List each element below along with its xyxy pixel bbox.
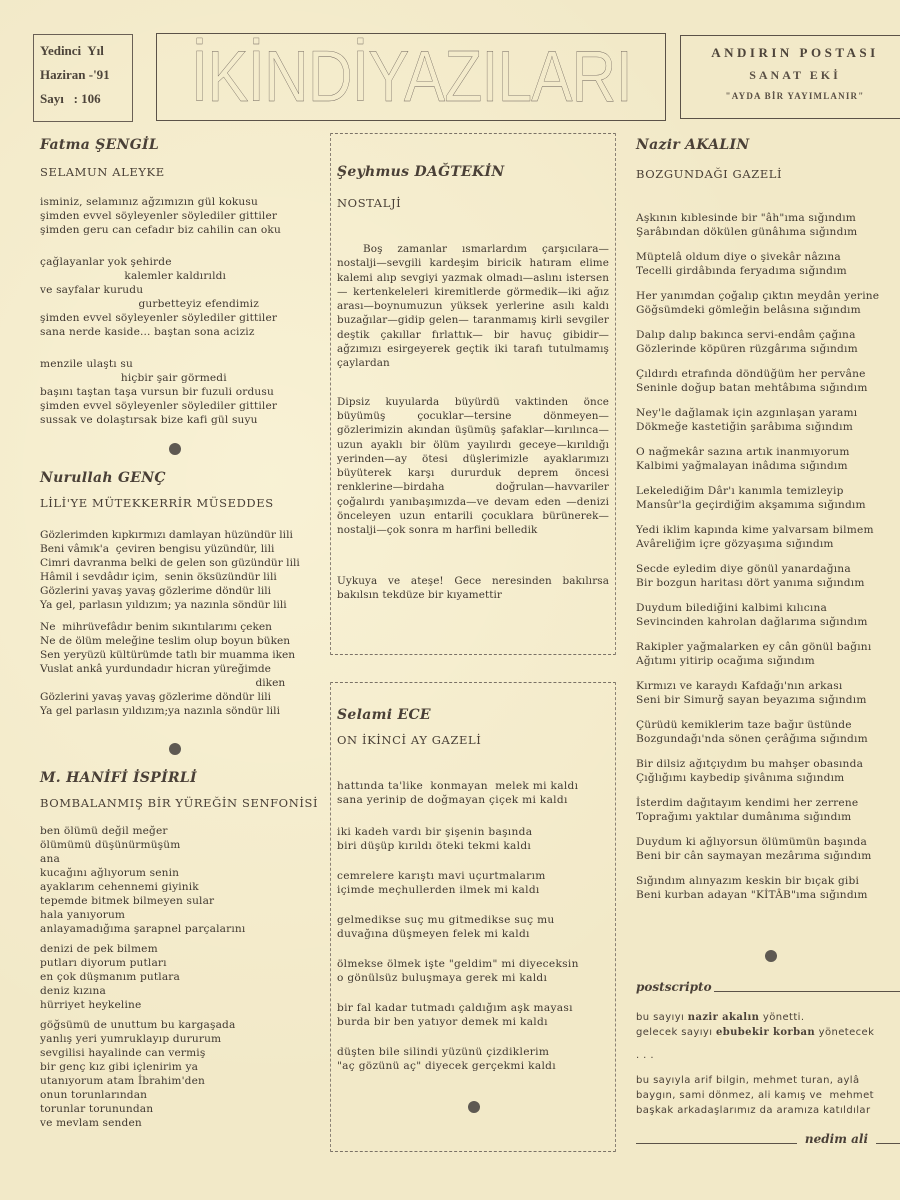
poem-title: LİLİ'YE MÜTEKKERRİR MÜSEDDES: [40, 496, 325, 510]
issue-year: Yedinci Yıl: [40, 41, 132, 65]
poem-title: BOMBALANMIŞ BİR YÜREĞİN SENFONİSİ: [40, 796, 325, 810]
poem-stanza: Dalıp dalıp bakınca servi-endâm çağına G…: [636, 328, 900, 356]
poem-stanza: Secde eyledim diye gönül yanardağına Bir…: [636, 562, 900, 590]
poem-stanza: menzile ulaştı su hiçbir şair görmedi ba…: [40, 357, 320, 427]
poem-stanza: Gözlerimden kıpkırmızı damlayan hüzündür…: [40, 528, 325, 612]
poem-stanza: Çürüdü kemiklerim taze bağır üstünde Boz…: [636, 718, 900, 746]
postscript-note: bu sayıyla arif bilgin, mehmet turan, ay…: [636, 1073, 900, 1118]
separator-dot-icon: [765, 950, 777, 962]
postscript-separator: . . .: [636, 1048, 900, 1063]
poem-stanza: Sığındım alınyazım keskin bir bıçak gibi…: [636, 874, 900, 902]
signature-rule: [876, 1143, 900, 1144]
poem-stanzas: Aşkının kıblesinde bir "âh"ıma sığındım …: [636, 211, 900, 902]
poem-stanza: Duydum ki ağlıyorsun ölümümün başında Be…: [636, 835, 900, 863]
poem-bozgundagi: Nazir AKALIN BOZGUNDAĞI GAZELİ Aşkının k…: [636, 137, 900, 913]
poem-stanza: cemrelere karıştı mavi uçurtmalarım içim…: [337, 869, 611, 897]
poem-stanza: düşten bile silindi yüzünü çizdiklerim "…: [337, 1045, 611, 1073]
poem-author: Nurullah GENÇ: [40, 470, 325, 486]
supplement-label: SANAT EKİ: [681, 68, 900, 83]
poem-stanza: isminiz, selamınız ağzımızın gül kokusu …: [40, 195, 320, 237]
poem-stanza: bir fal kadar tutmadı çaldığım aşk mayas…: [337, 1001, 611, 1029]
poem-stanza: Aşkının kıblesinde bir "âh"ıma sığındım …: [636, 211, 900, 239]
publication-frequency: "AYDA BİR YAYIMLANIR": [681, 91, 900, 101]
poem-bombalanmis: M. HANİFİ İSPİRLİ BOMBALANMIŞ BİR YÜREĞİ…: [40, 770, 325, 1144]
poem-stanza: Lekelediğim Dâr'ı kanımla temizleyip Man…: [636, 484, 900, 512]
signature-rule: [636, 1143, 797, 1144]
piece-author: Selami ECE: [337, 707, 611, 723]
poem-stanza: gelmedikse suç mu gitmedikse suç mu duva…: [337, 913, 611, 941]
poem-stanza: Ney'le dağlamak için azgınlaşan yaramı D…: [636, 406, 900, 434]
separator-dot-icon: [468, 1101, 480, 1113]
postscript-heading: postscripto: [636, 980, 712, 994]
poem-stanza: İsterdim dağıtayım kendimi her zerrene T…: [636, 796, 900, 824]
publisher-name: ANDIRIN POSTASI: [681, 45, 900, 61]
poem-stanza: iki kadeh vardı bir şişenin başında biri…: [337, 825, 611, 853]
newspaper-page: Yedinci Yıl Haziran -'91 Sayı : 106 İKİN…: [0, 0, 900, 1200]
masthead-title-box: İKİNDİYAZILARI: [156, 33, 666, 121]
poem-stanza: Duydum bilediğini kalbimi kılıcına Sevin…: [636, 601, 900, 629]
issue-info-box: Yedinci Yıl Haziran -'91 Sayı : 106: [33, 34, 133, 122]
poem-author: Nazir AKALIN: [636, 137, 900, 153]
poem-stanza: Kırmızı ve karaydı Kafdağı'nın arkası Se…: [636, 679, 900, 707]
poem-title: SELAMUN ALEYKE: [40, 165, 320, 179]
postscript-line: gelecek sayıyı ebubekir korban yönetecek: [636, 1025, 900, 1040]
nostalji-box: Şeyhmus DAĞTEKİN NOSTALJİ Boş zamanlar ı…: [330, 133, 616, 655]
poem-stanza: Ne mihrüvefâdır benim sıkıntılarımı çeke…: [40, 620, 325, 718]
poem-lili: Nurullah GENÇ LİLİ'YE MÜTEKKERRİR MÜSEDD…: [40, 470, 325, 732]
poem-stanza: Çıldırdı etrafında döndüğüm her pervâne …: [636, 367, 900, 395]
poem-stanza: hattında ta'likе konmayan melek mi kaldı…: [337, 779, 611, 807]
poem-stanza: Yedi iklim kapında kime yalvarsam bilmem…: [636, 523, 900, 551]
poem-stanza: O nağmekâr sazına artık inanmıyorum Kalb…: [636, 445, 900, 473]
postscript-section: postscripto bu sayıyı nazir akalın yönet…: [636, 980, 900, 1146]
poem-selamun-aleyke: Fatma ŞENGİL SELAMUN ALEYKE isminiz, sel…: [40, 137, 320, 441]
poem-stanza: denizi de pek bilmem putları diyorum put…: [40, 942, 325, 1012]
separator-dot-icon: [169, 443, 181, 455]
postscript-rule: [714, 991, 900, 992]
masthead-title: İKİNDİYAZILARI: [191, 36, 632, 118]
poem-stanza: çağlayanlar yok şehirde kalemler kaldırı…: [40, 255, 320, 339]
issue-date: Haziran -'91: [40, 65, 132, 89]
prose-paragraph: Boş zamanlar ısmarlardım çarşıcılara—nos…: [337, 242, 609, 371]
poem-stanza: göğsümü de unuttum bu kargaşada yanlış y…: [40, 1018, 325, 1130]
piece-title: ON İKİNCİ AY GAZELİ: [337, 733, 611, 747]
prose-paragraph: Dipsiz kuyularda büyürdü vaktinden önce …: [337, 395, 609, 538]
publisher-box: ANDIRIN POSTASI SANAT EKİ "AYDA BİR YAYI…: [680, 35, 900, 119]
poem-title: BOZGUNDAĞI GAZELİ: [636, 167, 900, 181]
separator-dot-icon: [169, 743, 181, 755]
poem-author: Fatma ŞENGİL: [40, 137, 320, 153]
poem-author: M. HANİFİ İSPİRLİ: [40, 770, 325, 786]
postscript-line: bu sayıyı nazir akalın yönetti.: [636, 1010, 900, 1025]
piece-title: NOSTALJİ: [337, 196, 609, 210]
poem-stanza: ben ölümü değil meğer ölümümü düşünürmüş…: [40, 824, 325, 936]
poem-stanza: Her yanımdan çoğalıp çıktın meydân yerin…: [636, 289, 900, 317]
gazel-box: Selami ECE ON İKİNCİ AY GAZELİ hattında …: [330, 682, 616, 1152]
poem-stanza: Rakipler yağmalarken ey cân gönül bağını…: [636, 640, 900, 668]
piece-author: Şeyhmus DAĞTEKİN: [337, 164, 609, 180]
signature: nedim ali: [805, 1132, 868, 1146]
poem-stanza: Bir dilsiz ağıtçıydım bu mahşer obasında…: [636, 757, 900, 785]
issue-number: Sayı : 106: [40, 89, 132, 113]
prose-paragraph: Uykuya ve ateşe! Gece neresinden bakılır…: [337, 574, 609, 603]
poem-stanza: Müptelâ oldum diye o şivekâr nâzına Tece…: [636, 250, 900, 278]
poem-stanza: ölmekse ölmek işte "geldim" mi diyeceksi…: [337, 957, 611, 985]
